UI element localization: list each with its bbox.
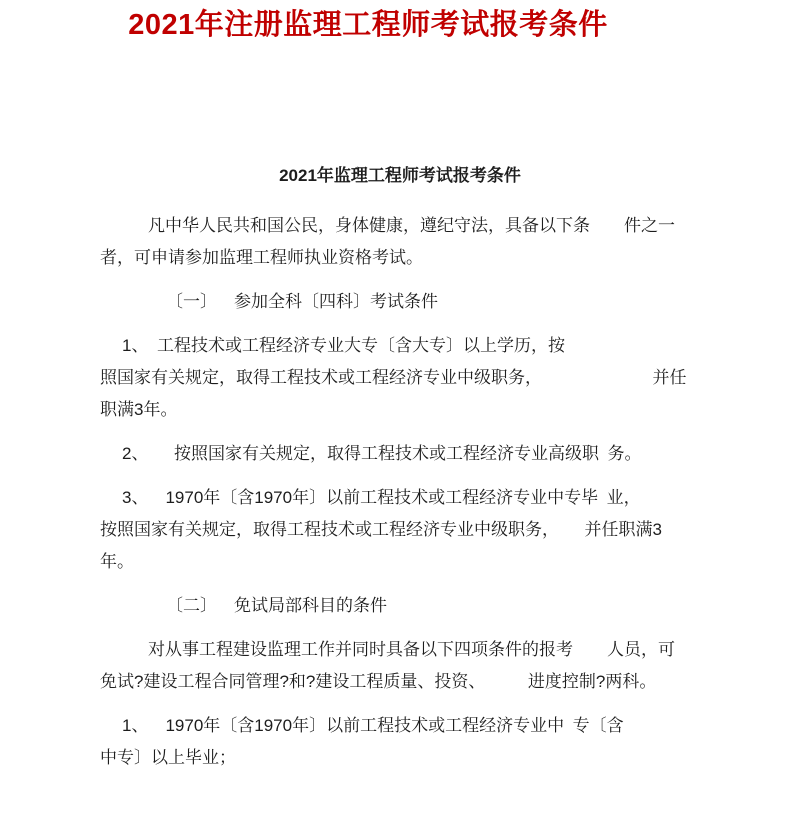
- section-1-item-2: 2、 按照国家有关规定，取得工程技术或工程经济专业高级职 务。: [100, 438, 690, 470]
- section-2-intro-paragraph: 对从事工程建设监理工作并同时具备以下四项条件的报考 人员，可 免试?建设工程合同…: [100, 634, 690, 698]
- document-title: 2021年注册监理工程师考试报考条件: [0, 8, 736, 42]
- intro-paragraph: 凡中华人民共和国公民，身体健康，遵纪守法，具备以下条 件之一 者，可申请参加监理…: [100, 210, 690, 274]
- section-1-item-3: 3、 1970年〔含1970年〕以前工程技术或工程经济专业中专毕 业， 按照国家…: [100, 482, 690, 578]
- section-2-heading: 〔二〕 免试局部科目的条件: [100, 590, 690, 622]
- document-page: 2021年注册监理工程师考试报考条件 2021年监理工程师考试报考条件 凡中华人…: [0, 8, 800, 825]
- section-1-heading: 〔一〕 参加全科〔四科〕考试条件: [100, 286, 690, 318]
- document-body: 凡中华人民共和国公民，身体健康，遵纪守法，具备以下条 件之一 者，可申请参加监理…: [0, 192, 800, 774]
- section-2-item-1: 1、 1970年〔含1970年〕以前工程技术或工程经济专业中 专〔含 中专〕以上…: [100, 710, 690, 774]
- document-subtitle: 2021年监理工程师考试报考条件: [0, 160, 800, 192]
- section-1-item-1: 1、 工程技术或工程经济专业大专〔含大专〕以上学历，按 照国家有关规定，取得工程…: [100, 330, 690, 426]
